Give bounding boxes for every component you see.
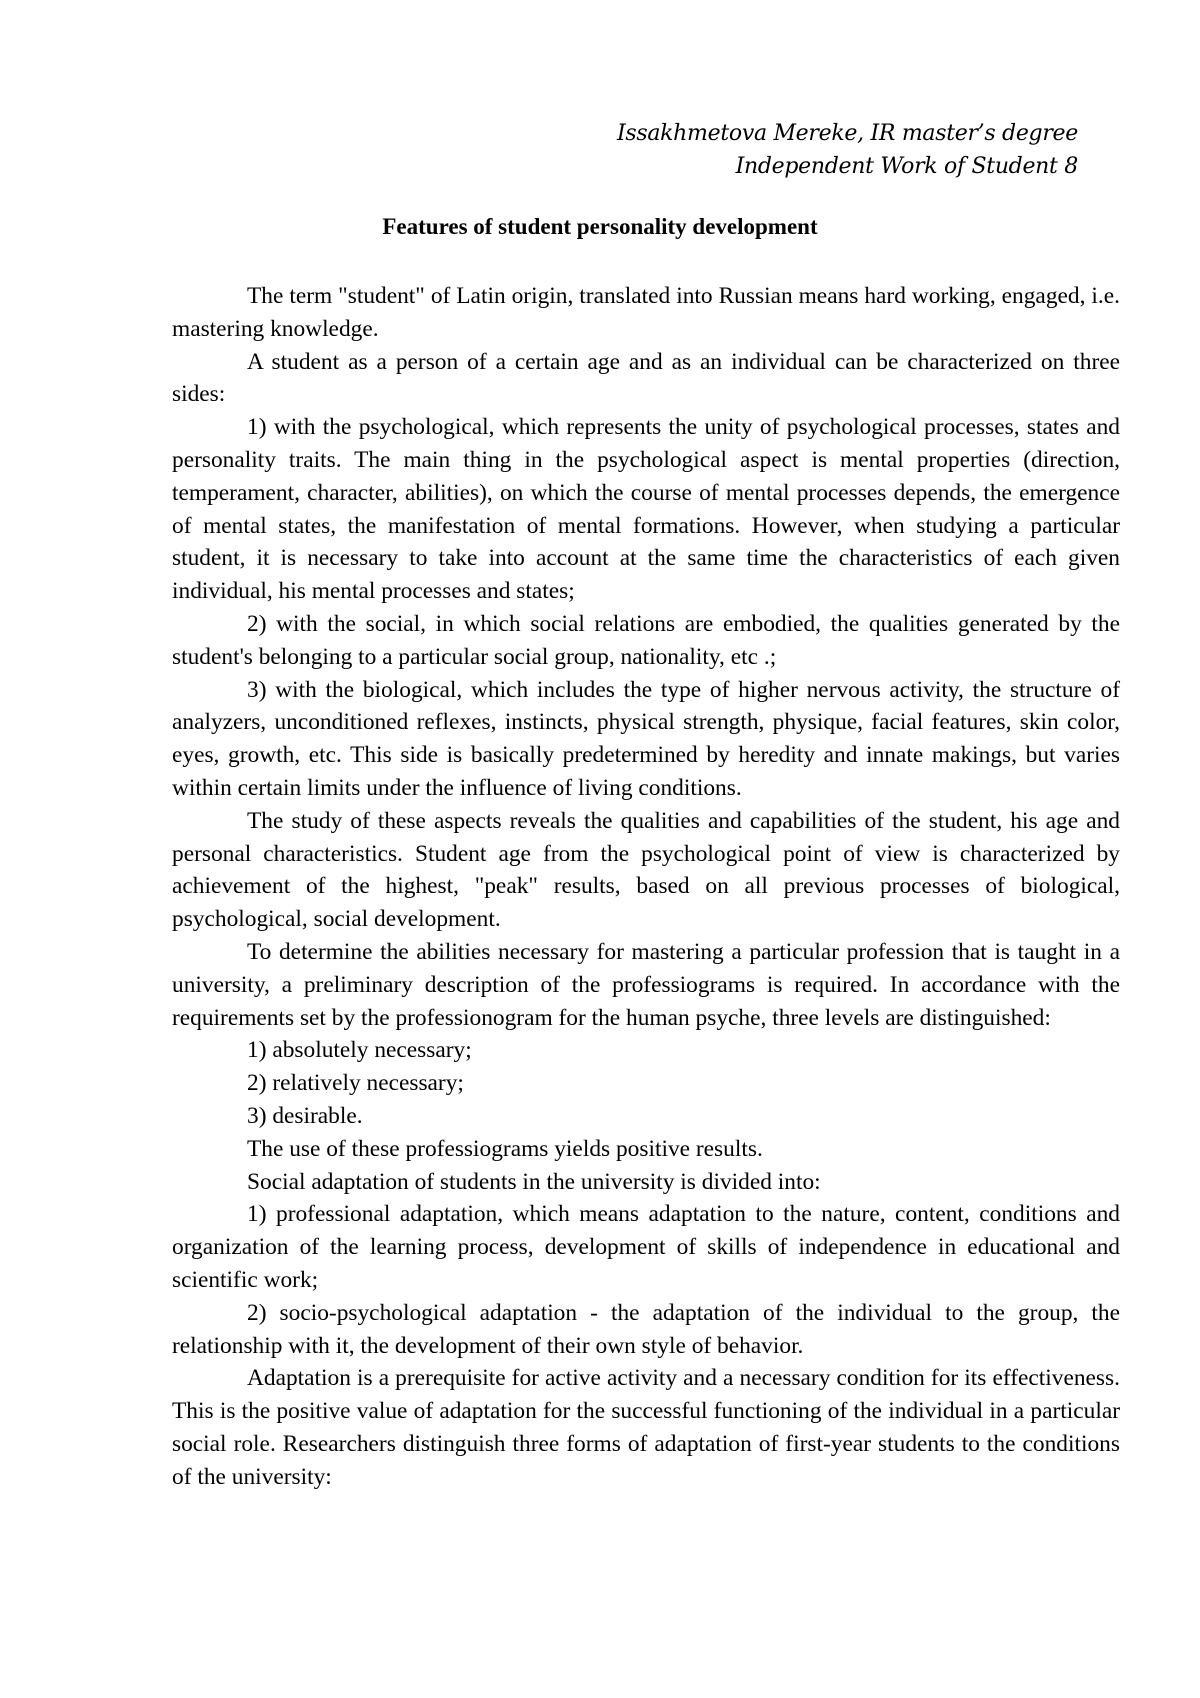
paragraph-term-student: The term "student" of Latin origin, tran… [172,280,1120,346]
paragraph-three-sides: A student as a person of a certain age a… [172,346,1120,412]
paragraph-professiogram-result: The use of these professiograms yields p… [172,1133,1120,1166]
adaptation-type-item: 2) socio-psychological adaptation - the … [172,1297,1120,1363]
paragraph-psychological-side: 1) with the psychological, which represe… [172,411,1120,608]
paragraph-biological-side: 3) with the biological, which includes t… [172,674,1120,805]
paragraph-social-side: 2) with the social, in which social rela… [172,608,1120,674]
paragraph-study-aspects: The study of these aspects reveals the q… [172,805,1120,936]
paragraph-adaptation-forms: Adaptation is a prerequisite for active … [172,1362,1120,1493]
adaptation-type-item: 1) professional adaptation, which means … [172,1198,1120,1296]
paragraph-professiograms: To determine the abilities necessary for… [172,936,1120,1034]
document-header: Issakhmetova Mereke, IR master’s degree … [617,117,1078,183]
level-item: 1) absolutely necessary; [172,1034,1120,1067]
document-body: The term "student" of Latin origin, tran… [172,280,1120,1493]
level-item: 3) desirable. [172,1100,1120,1133]
author-line: Issakhmetova Mereke, IR master’s degree [617,117,1078,150]
level-item: 2) relatively necessary; [172,1067,1120,1100]
document-title: Features of student personality developm… [0,212,1200,242]
paragraph-adaptation-intro: Social adaptation of students in the uni… [172,1166,1120,1199]
document-page: Issakhmetova Mereke, IR master’s degree … [0,0,1200,1698]
work-line: Independent Work of Student 8 [617,150,1078,183]
